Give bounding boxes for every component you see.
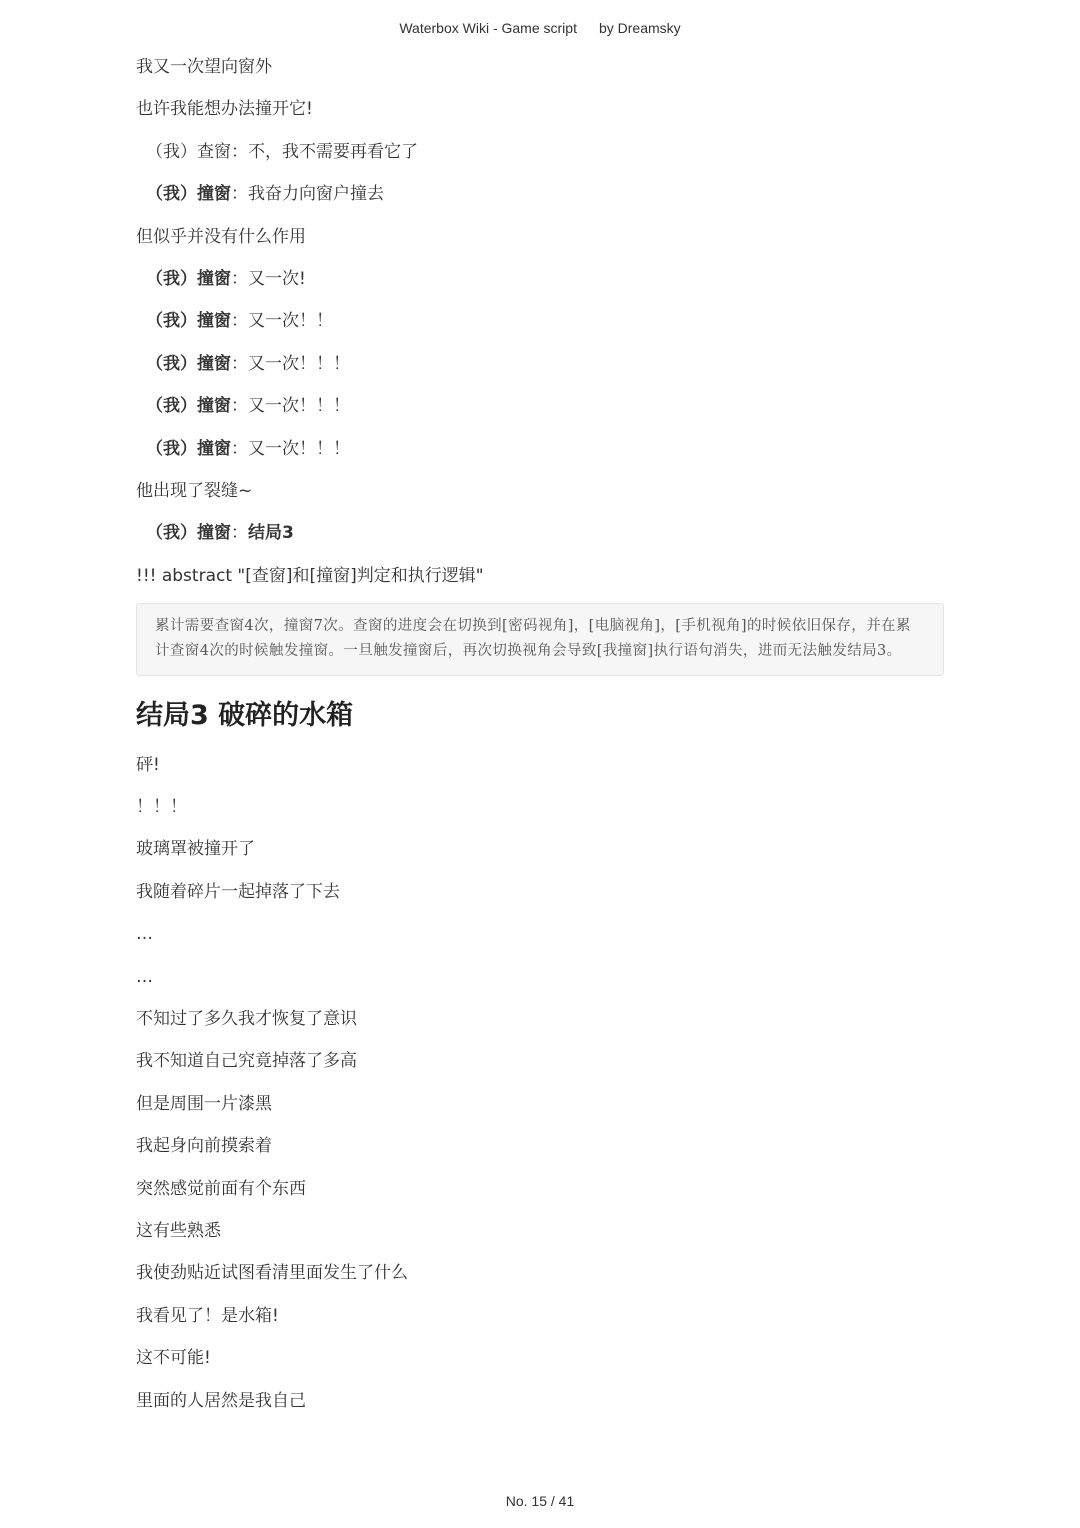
dialog-text: 又一次！！！ [248, 354, 350, 374]
dialog-speaker: （我） [146, 396, 197, 416]
page-content: 我又一次望向窗外也许我能想办法撞开它!（我）查窗：不，我不需要再看它了（我）撞窗… [136, 54, 944, 1430]
ending-3-heading: 结局3 破碎的水箱 [136, 698, 944, 734]
dialog-line: （我）撞窗：又一次！！！ [136, 436, 944, 462]
dialog-action: 撞窗 [197, 439, 231, 459]
dialog-speaker: （我） [146, 439, 197, 459]
page-header: Waterbox Wiki - Game scriptby Dreamsky [0, 20, 1080, 36]
script-section-1: 我又一次望向窗外也许我能想办法撞开它!（我）查窗：不，我不需要再看它了（我）撞窗… [136, 54, 944, 546]
dialog-speaker: （我） [146, 269, 197, 289]
script-line: 玻璃罩被撞开了 [136, 836, 944, 862]
script-line: 突然感觉前面有个东西 [136, 1176, 944, 1202]
dialog-line: （我）撞窗：又一次！！！ [136, 393, 944, 419]
script-line: 我看见了！是水箱! [136, 1303, 944, 1329]
dialog-action: 查窗 [197, 142, 231, 162]
dialog-sep: ： [231, 269, 248, 289]
script-line: 不知过了多久我才恢复了意识 [136, 1006, 944, 1032]
dialog-speaker: （我） [146, 184, 197, 204]
doc-title: Waterbox Wiki - Game script [399, 20, 577, 36]
dialog-sep: ： [231, 523, 248, 543]
abstract-line: !!! abstract "[查窗]和[撞窗]判定和执行逻辑" [136, 563, 944, 589]
script-line: 里面的人居然是我自己 [136, 1388, 944, 1414]
dialog-sep: ： [231, 184, 248, 204]
dialog-sep: ： [231, 354, 248, 374]
script-line: 我又一次望向窗外 [136, 54, 944, 80]
script-line: 我起身向前摸索着 [136, 1133, 944, 1159]
script-line: 这不可能! [136, 1345, 944, 1371]
script-line: 也许我能想办法撞开它! [136, 96, 944, 122]
dialog-speaker: （我） [146, 523, 197, 543]
dialog-action: 撞窗 [197, 311, 231, 331]
abstract-admonition: 累计需要查窗4次，撞窗7次。查窗的进度会在切换到[密码视角]，[电脑视角]，[手… [136, 603, 944, 676]
script-line: … [136, 964, 944, 990]
dialog-text: 又一次！！！ [248, 396, 350, 416]
page-number: No. 15 / 41 [0, 1493, 1080, 1509]
script-line: 这有些熟悉 [136, 1218, 944, 1244]
dialog-line: （我）撞窗：又一次！！！ [136, 351, 944, 377]
dialog-text: 结局3 [248, 523, 294, 543]
script-line: 他出现了裂缝~ [136, 478, 944, 504]
dialog-line: （我）撞窗：又一次！！ [136, 308, 944, 334]
dialog-speaker: （我） [146, 354, 197, 374]
dialog-line: （我）撞窗：我奋力向窗户撞去 [136, 181, 944, 207]
dialog-action: 撞窗 [197, 396, 231, 416]
dialog-action: 撞窗 [197, 269, 231, 289]
script-section-2: 砰!！！！玻璃罩被撞开了我随着碎片一起掉落了下去……不知过了多久我才恢复了意识我… [136, 752, 944, 1414]
dialog-sep: ： [231, 396, 248, 416]
script-line: 砰! [136, 752, 944, 778]
script-line: ！！！ [136, 794, 944, 820]
dialog-text: 又一次! [248, 269, 306, 289]
dialog-text: 又一次！！！ [248, 439, 350, 459]
dialog-text: 不，我不需要再看它了 [248, 142, 418, 162]
doc-author: by Dreamsky [599, 20, 681, 36]
dialog-action: 撞窗 [197, 184, 231, 204]
script-line: 我随着碎片一起掉落了下去 [136, 879, 944, 905]
dialog-text: 又一次！！ [248, 311, 333, 331]
dialog-sep: ： [231, 142, 248, 162]
dialog-line: （我）撞窗：结局3 [136, 520, 944, 546]
dialog-line: （我）撞窗：又一次! [136, 266, 944, 292]
script-line: 但是周围一片漆黑 [136, 1091, 944, 1117]
dialog-sep: ： [231, 311, 248, 331]
dialog-speaker: （我） [146, 311, 197, 331]
script-line: … [136, 921, 944, 947]
script-line: 我不知道自己究竟掉落了多高 [136, 1048, 944, 1074]
script-line: 我使劲贴近试图看清里面发生了什么 [136, 1260, 944, 1286]
dialog-line: （我）查窗：不，我不需要再看它了 [136, 139, 944, 165]
script-line: 但似乎并没有什么作用 [136, 224, 944, 250]
dialog-text: 我奋力向窗户撞去 [248, 184, 384, 204]
dialog-sep: ： [231, 439, 248, 459]
dialog-action: 撞窗 [197, 523, 231, 543]
dialog-action: 撞窗 [197, 354, 231, 374]
dialog-speaker: （我） [146, 142, 197, 162]
